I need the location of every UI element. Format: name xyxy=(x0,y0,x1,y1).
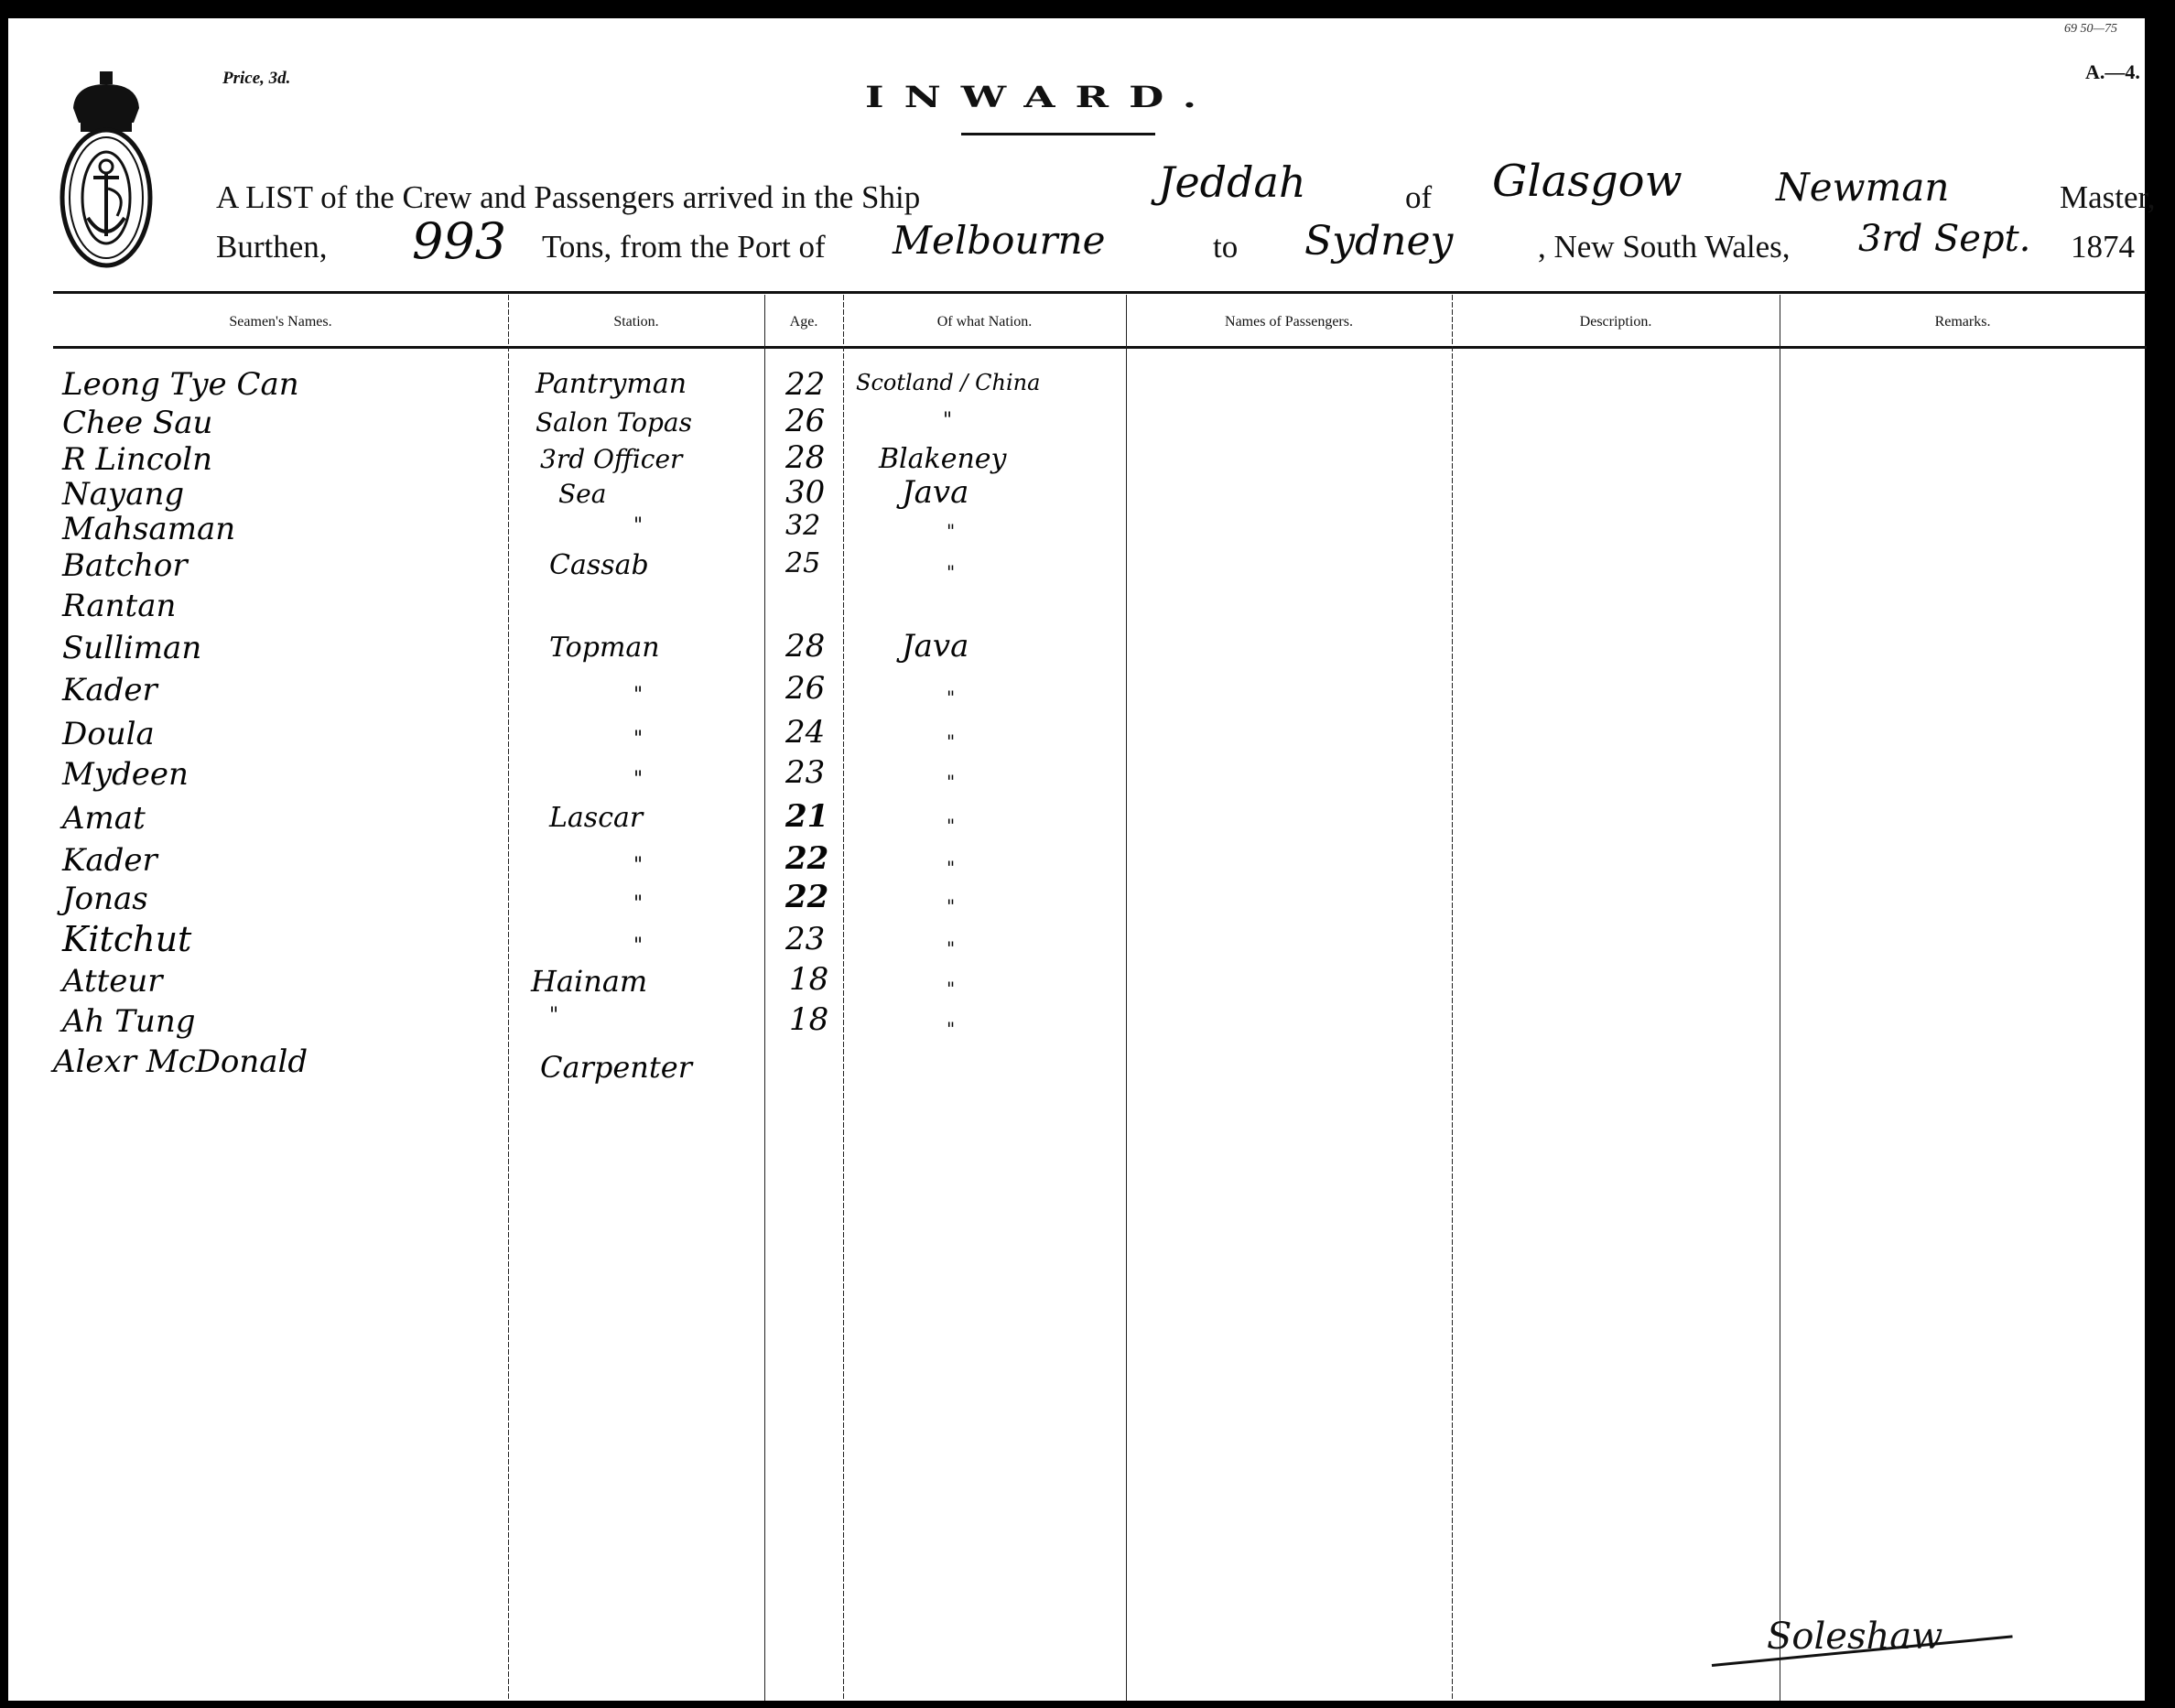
seaman-nation: " xyxy=(947,888,955,924)
seaman-nation: " xyxy=(947,679,955,716)
seaman-station: " xyxy=(633,848,643,884)
seaman-station: Hainam xyxy=(531,963,647,1000)
seaman-station: " xyxy=(633,721,643,758)
seaman-nation: Java xyxy=(902,474,968,511)
seaman-name: Rantan xyxy=(62,588,176,624)
seaman-age: 22 xyxy=(785,840,828,877)
seaman-nation: Blakeney xyxy=(879,441,1006,478)
seaman-station: " xyxy=(633,762,643,798)
seaman-nation: " xyxy=(947,723,955,760)
seaman-name: Mahsaman xyxy=(62,511,235,547)
seaman-name: Atteur xyxy=(62,963,163,1000)
seaman-age: 30 xyxy=(785,474,825,511)
seaman-nation: Java xyxy=(902,628,968,665)
seaman-nation: " xyxy=(947,513,955,549)
seaman-name: Sulliman xyxy=(62,630,201,666)
seaman-age: 21 xyxy=(785,798,828,835)
seaman-age: 28 xyxy=(785,439,825,476)
seaman-name: Jonas xyxy=(62,881,148,917)
seaman-nation: " xyxy=(947,554,955,590)
seaman-age: 18 xyxy=(789,1001,828,1038)
seaman-nation: " xyxy=(947,763,955,800)
seaman-age: 26 xyxy=(785,670,825,707)
seaman-station: Salon Topas xyxy=(536,405,692,441)
seaman-name: Batchor xyxy=(62,547,188,584)
seaman-name: Chee Sau xyxy=(62,405,212,441)
seaman-name: Amat xyxy=(62,800,146,837)
seaman-nation: " xyxy=(947,807,955,844)
seaman-age: 26 xyxy=(785,403,825,439)
seaman-nation: Scotland / China xyxy=(856,364,1040,401)
seaman-name: Kader xyxy=(62,842,157,879)
seaman-station: Cassab xyxy=(549,547,649,584)
seaman-nation: " xyxy=(947,970,955,1007)
seaman-station: Lascar xyxy=(549,800,643,837)
seaman-name: Mydeen xyxy=(62,756,189,793)
seaman-age: 28 xyxy=(785,628,825,665)
seaman-station: " xyxy=(633,508,643,545)
seaman-nation: " xyxy=(947,930,955,967)
seaman-age: 32 xyxy=(785,508,820,545)
seaman-nation: " xyxy=(947,1011,955,1047)
seaman-name: R Lincoln xyxy=(62,441,212,478)
seaman-station: Carpenter xyxy=(540,1049,692,1086)
seaman-age: 23 xyxy=(785,754,825,791)
seaman-age: 22 xyxy=(785,366,825,403)
seaman-age: 23 xyxy=(785,921,825,957)
crew-table-body: Leong Tye Can Pantryman 22 Scotland / Ch… xyxy=(0,0,2175,1708)
seaman-station: " xyxy=(549,998,558,1034)
seaman-station: 3rd Officer xyxy=(540,441,682,478)
seaman-age: 24 xyxy=(785,714,825,751)
seaman-station: Pantryman xyxy=(536,366,687,403)
seaman-name: Doula xyxy=(62,716,155,752)
seaman-name: Leong Tye Can xyxy=(62,366,299,403)
seaman-age: 18 xyxy=(789,961,828,998)
seaman-station: " xyxy=(633,886,643,923)
seaman-station: Sea xyxy=(558,476,606,513)
seaman-station: " xyxy=(633,677,643,714)
seaman-name: Nayang xyxy=(62,476,184,513)
seaman-name: Kader xyxy=(62,672,157,708)
seaman-station: " xyxy=(633,928,643,965)
seaman-station: Topman xyxy=(549,630,660,666)
seaman-age: 22 xyxy=(785,879,828,915)
seaman-name: Kitchut xyxy=(62,921,191,957)
seaman-name: Alexr McDonald xyxy=(53,1043,308,1080)
seaman-nation: " xyxy=(943,403,952,439)
seaman-name: Ah Tung xyxy=(62,1003,196,1040)
seaman-age: 25 xyxy=(785,546,820,582)
seaman-nation: " xyxy=(947,849,955,886)
